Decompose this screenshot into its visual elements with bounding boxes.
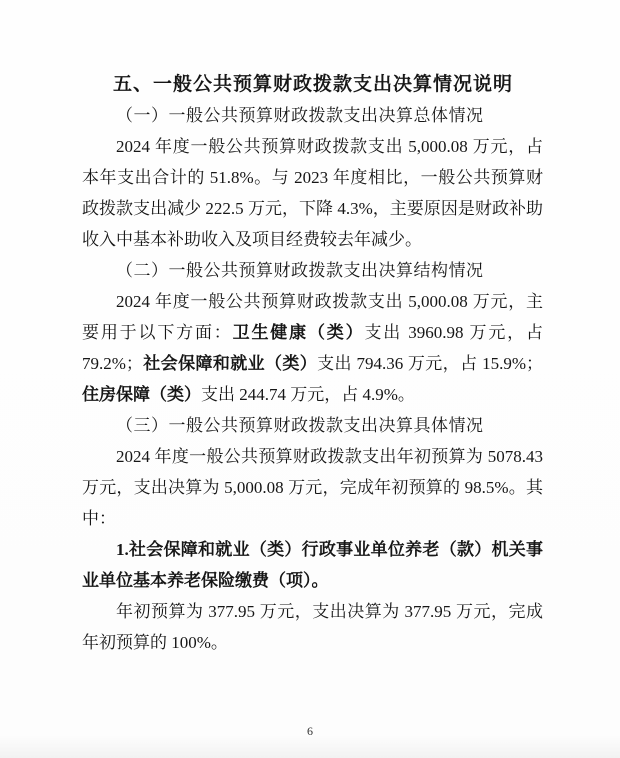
bold-text-run: 住房保障（类） — [82, 385, 201, 404]
section-heading: （二）一般公共预算财政拨款支出决算结构情况 — [82, 255, 543, 286]
section-heading: （三）一般公共预算财政拨款支出决算具体情况 — [82, 410, 543, 441]
text-run: 年初预算为 377.95 万元，支出决算为 377.95 万元，完成年初预算的 … — [82, 602, 543, 652]
text-run: （三）一般公共预算财政拨款支出决算具体情况 — [116, 416, 484, 435]
document-body: （一）一般公共预算财政拨款支出决算总体情况2024 年度一般公共预算财政拨款支出… — [82, 100, 543, 658]
paragraph: 2024 年度一般公共预算财政拨款支出年初预算为 5078.43 万元，支出决算… — [82, 441, 543, 534]
document-page: 五、一般公共预算财政拨款支出决算情况说明 （一）一般公共预算财政拨款支出决算总体… — [0, 0, 620, 758]
text-run: 支出 794.36 万元，占 15.9%； — [317, 354, 543, 373]
text-run: （一）一般公共预算财政拨款支出决算总体情况 — [116, 106, 484, 125]
bold-text-run: 卫生健康（类） — [233, 323, 365, 342]
bold-text-run: 1.社会保障和就业（类）行政事业单位养老（款）机关事业单位基本养老保险缴费（项）… — [82, 540, 543, 590]
page-number: 6 — [0, 724, 620, 739]
section-heading: （一）一般公共预算财政拨款支出决算总体情况 — [82, 100, 543, 131]
paragraph: 2024 年度一般公共预算财政拨款支出 5,000.08 万元，占本年支出合计的… — [82, 131, 543, 255]
paragraph: 年初预算为 377.95 万元，支出决算为 377.95 万元，完成年初预算的 … — [82, 596, 543, 658]
text-run: 2024 年度一般公共预算财政拨款支出 5,000.08 万元，占本年支出合计的… — [82, 137, 543, 249]
paragraph: 1.社会保障和就业（类）行政事业单位养老（款）机关事业单位基本养老保险缴费（项）… — [82, 534, 543, 596]
bold-text-run: 社会保障和就业（类） — [143, 354, 317, 373]
text-run: （二）一般公共预算财政拨款支出决算结构情况 — [116, 261, 484, 280]
text-run: 2024 年度一般公共预算财政拨款支出年初预算为 5078.43 万元，支出决算… — [82, 447, 543, 528]
paragraph: 2024 年度一般公共预算财政拨款支出 5,000.08 万元，主要用于以下方面… — [82, 286, 543, 410]
text-run: 支出 244.74 万元，占 4.9%。 — [201, 385, 415, 404]
document-title: 五、一般公共预算财政拨款支出决算情况说明 — [82, 69, 543, 100]
